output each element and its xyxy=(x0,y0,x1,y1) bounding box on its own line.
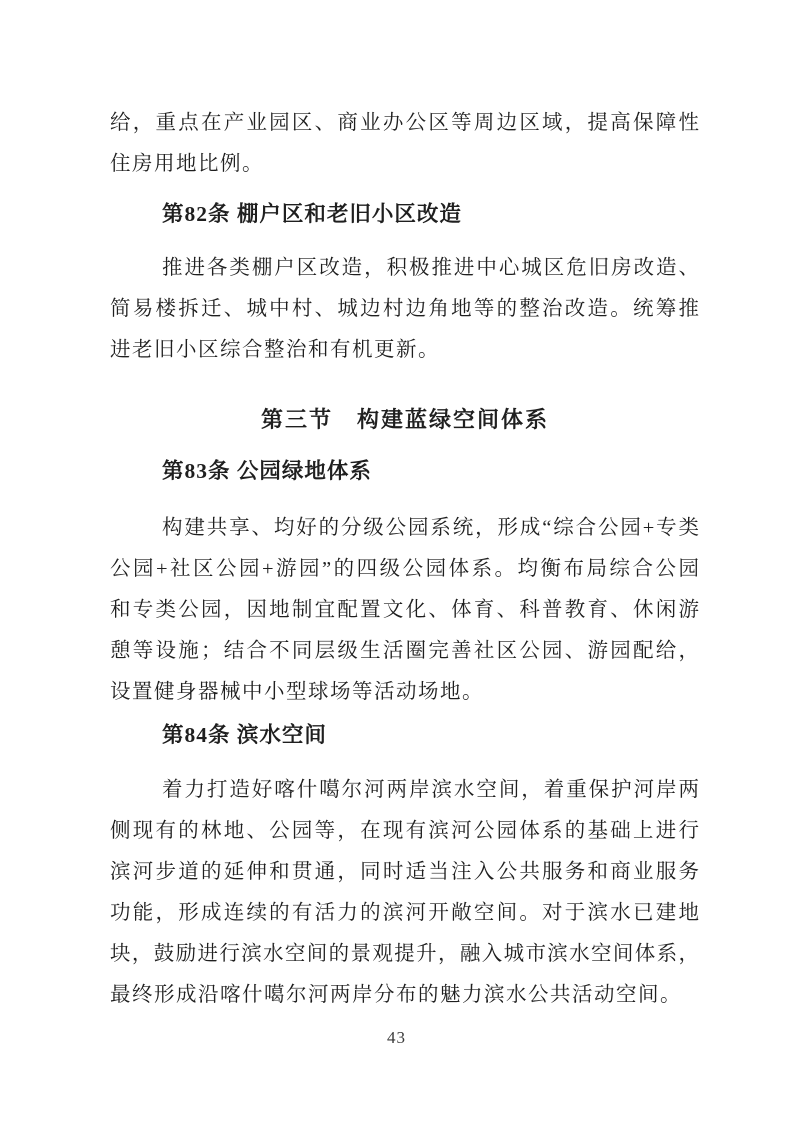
text-line: 和专类公园，因地制宜配置文化、体育、科普教育、休闲游 xyxy=(110,590,700,631)
article-84-paragraph: 着力打造好喀什噶尔河两岸滨水空间，着重保护河岸两 侧现有的林地、公园等，在现有滨… xyxy=(110,770,700,1016)
article-83-heading: 第83条 公园绿地体系 xyxy=(110,451,700,492)
article-83-paragraph: 构建共享、均好的分级公园系统，形成“综合公园+专类 公园+社区公园+游园”的四级… xyxy=(110,508,700,713)
text-line: 推进各类棚户区改造，积极推进中心城区危旧房改造、 xyxy=(110,248,700,289)
text-line: 憩等设施；结合不同层级生活圈完善社区公园、游园配给， xyxy=(110,631,700,672)
text-line: 块，鼓励进行滨水空间的景观提升，融入城市滨水空间体系， xyxy=(110,934,700,975)
article-82-heading: 第82条 棚户区和老旧小区改造 xyxy=(110,194,700,235)
text-line: 最终形成沿喀什噶尔河两岸分布的魅力滨水公共活动空间。 xyxy=(110,975,700,1016)
article-84-heading: 第84条 滨水空间 xyxy=(110,715,700,756)
text-line: 滨河步道的延伸和贯通，同时适当注入公共服务和商业服务 xyxy=(110,852,700,893)
paragraph-continued: 给，重点在产业园区、商业办公区等周边区域，提高保障性 住房用地比例。 xyxy=(110,103,700,185)
text-line: 住房用地比例。 xyxy=(110,144,700,185)
text-line: 构建共享、均好的分级公园系统，形成“综合公园+专类 xyxy=(110,508,700,549)
text-line: 着力打造好喀什噶尔河两岸滨水空间，着重保护河岸两 xyxy=(110,770,700,811)
page-content: 给，重点在产业园区、商业办公区等周边区域，提高保障性 住房用地比例。 第82条 … xyxy=(110,103,700,1016)
text-line: 侧现有的林地、公园等，在现有滨河公园体系的基础上进行 xyxy=(110,811,700,852)
section-3-heading: 第三节 构建蓝绿空间体系 xyxy=(110,399,700,440)
article-82-paragraph: 推进各类棚户区改造，积极推进中心城区危旧房改造、 简易楼拆迁、城中村、城边村边角… xyxy=(110,248,700,371)
text-line: 设置健身器械中小型球场等活动场地。 xyxy=(110,672,700,713)
page-number: 43 xyxy=(0,1028,793,1048)
text-line: 功能，形成连续的有活力的滨河开敞空间。对于滨水已建地 xyxy=(110,893,700,934)
document-page: 给，重点在产业园区、商业办公区等周边区域，提高保障性 住房用地比例。 第82条 … xyxy=(0,0,793,1122)
text-line: 简易楼拆迁、城中村、城边村边角地等的整治改造。统筹推 xyxy=(110,289,700,330)
text-line: 进老旧小区综合整治和有机更新。 xyxy=(110,330,700,371)
text-line: 公园+社区公园+游园”的四级公园体系。均衡布局综合公园 xyxy=(110,549,700,590)
text-line: 给，重点在产业园区、商业办公区等周边区域，提高保障性 xyxy=(110,103,700,144)
